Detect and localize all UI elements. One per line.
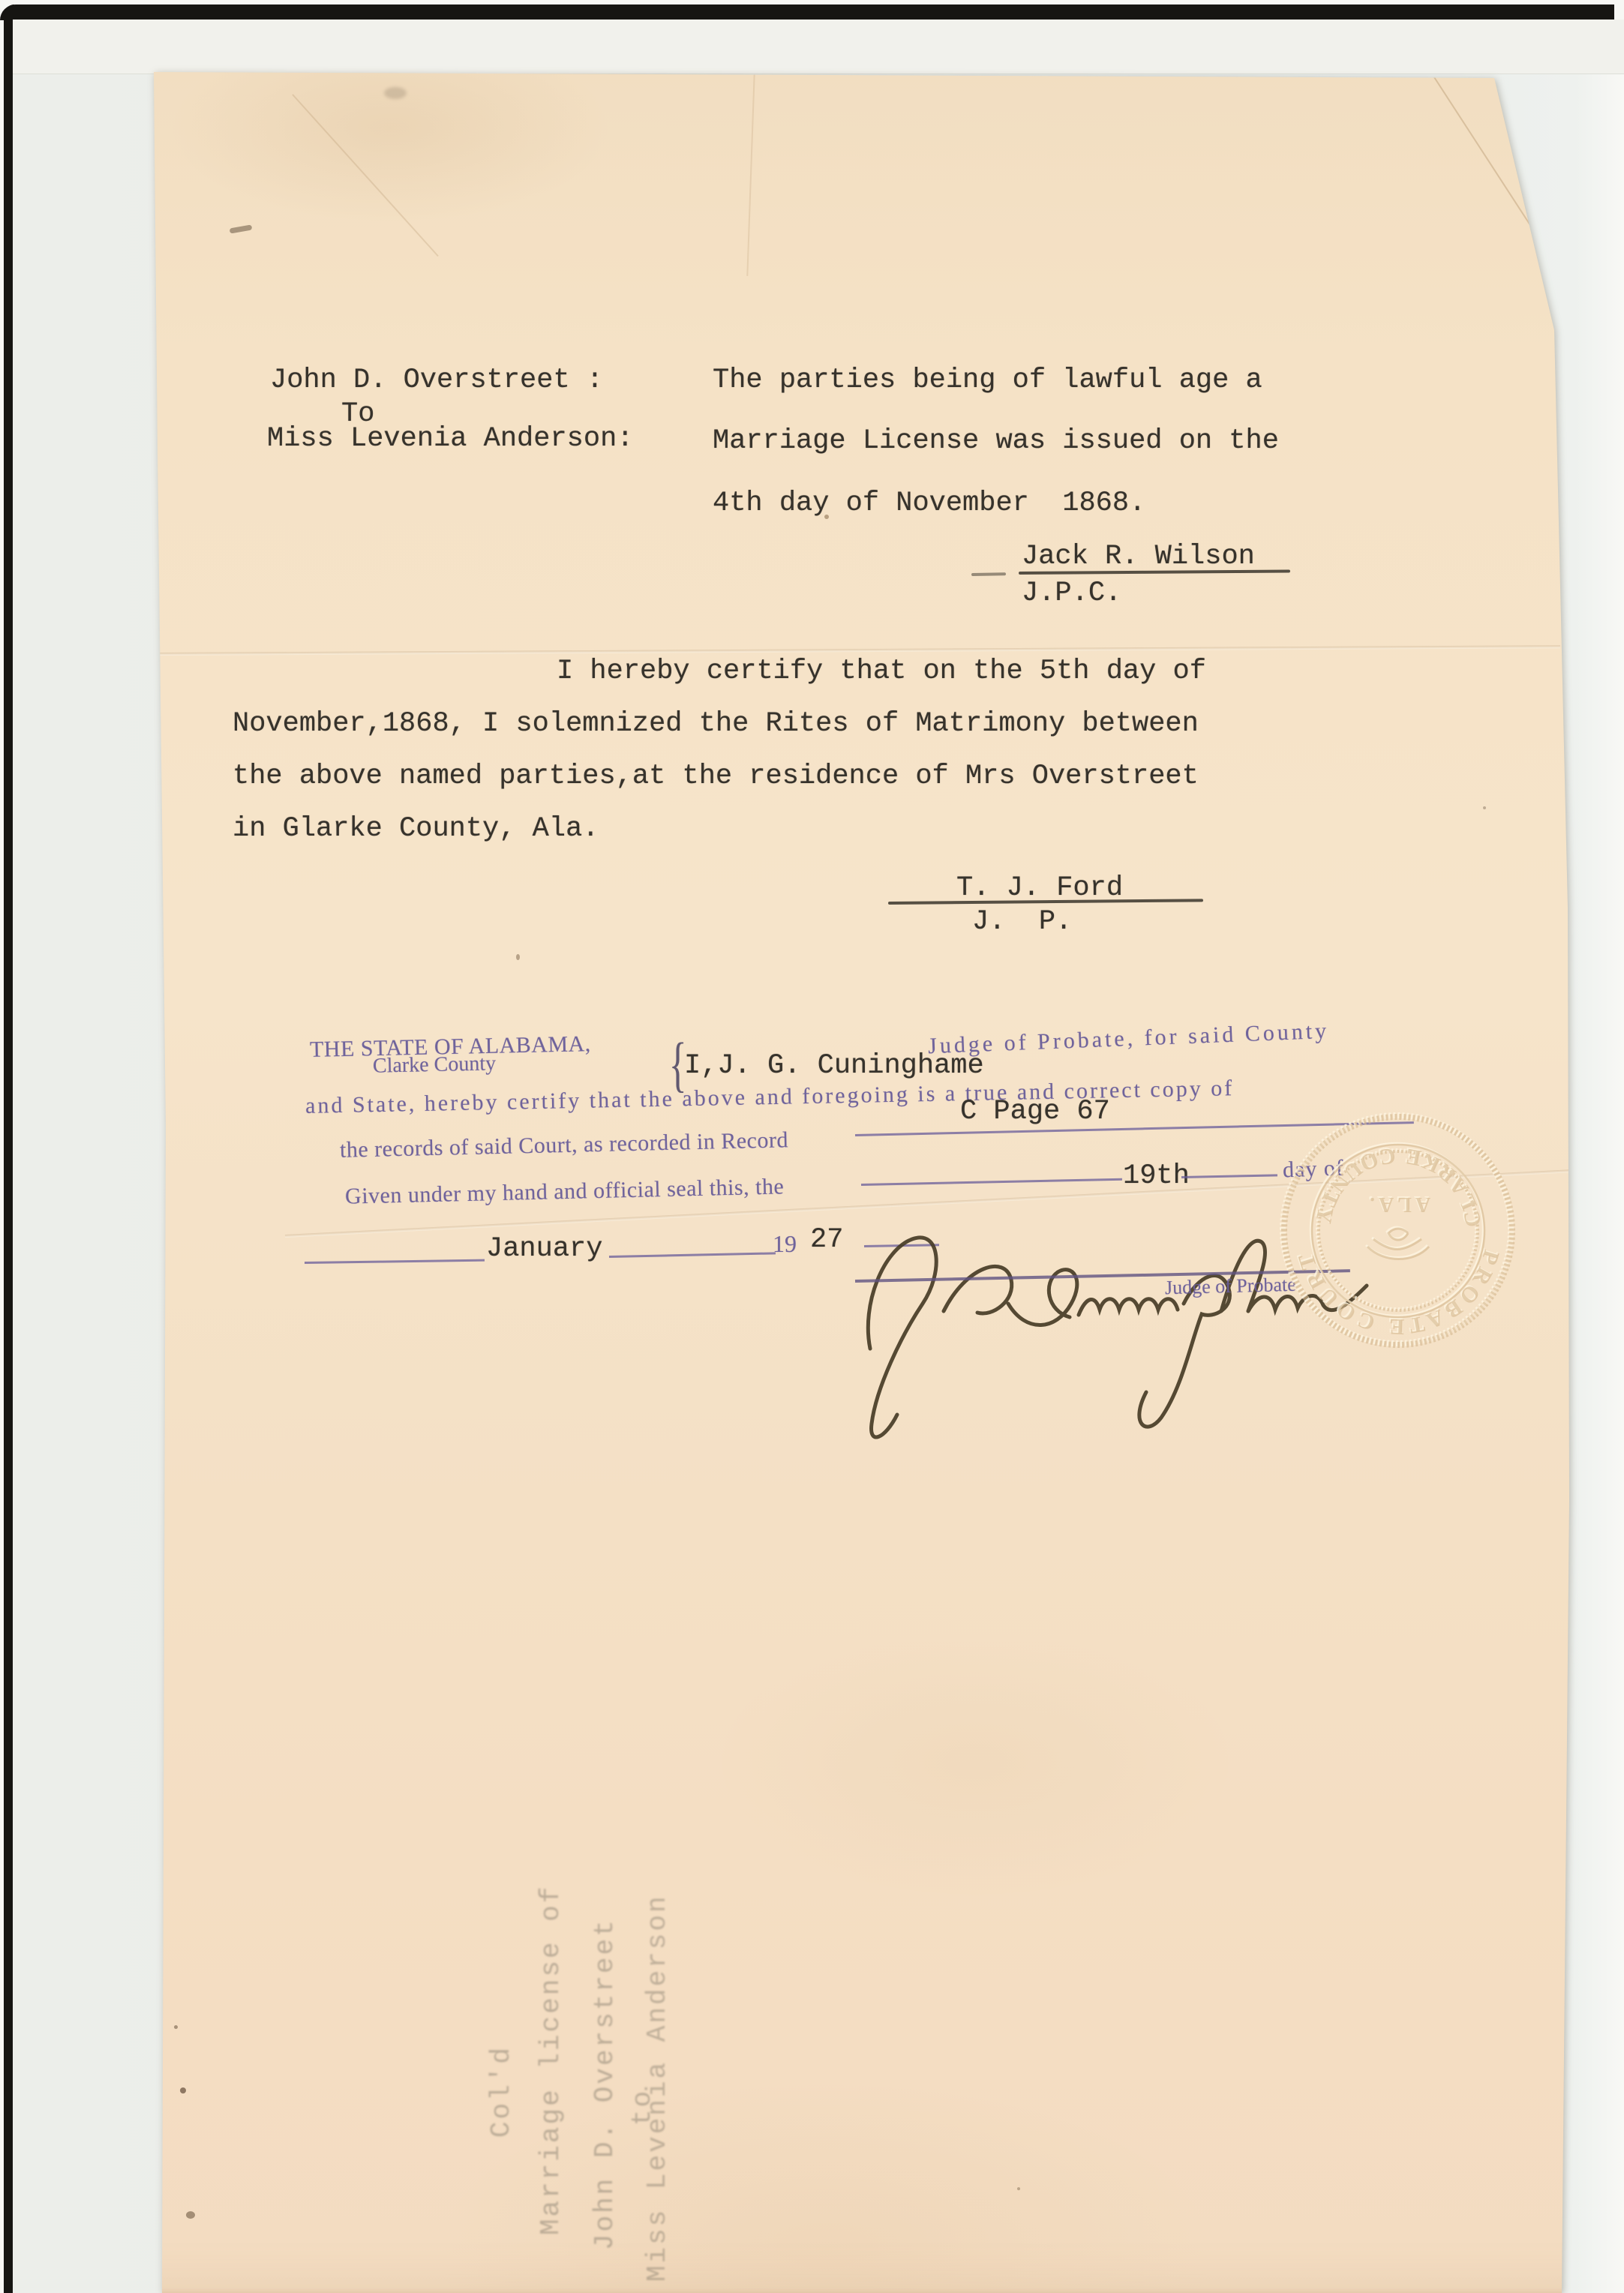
license-statement-line3: 4th day of November 1868. (713, 488, 1145, 519)
ink-dash-mark (230, 224, 253, 233)
stamp-body-line2: the records of said Court, as recorded i… (340, 1127, 789, 1163)
certify-line2: November,1868, I solemnized the Rites of… (233, 708, 1199, 740)
jp-title: J.P.C. (1022, 578, 1121, 609)
year-prefix: 19 (773, 1230, 797, 1258)
fold-crease-top (158, 645, 1560, 656)
license-statement-line1: The parties being of lawful age a (713, 365, 1262, 396)
embossed-probate-seal: PROBATE COURT CLARKE COUNTY ALA. (1277, 1110, 1519, 1352)
stamp-judge-line: Judge of Probate, for said County (928, 1019, 1330, 1060)
day-blank-line-right (1181, 1174, 1277, 1178)
foxing-spot-4 (186, 2211, 195, 2219)
month-value: January (486, 1233, 602, 1265)
bleed-cold-column: Col'd (486, 2033, 517, 2138)
groom-name-line: John D. Overstreet : (270, 365, 603, 396)
stamp-given-line: Given under my hand and official seal th… (345, 1174, 785, 1209)
day-value: 19th (1123, 1160, 1190, 1192)
foxing-spot-7 (1483, 806, 1486, 809)
foxing-spot-6 (1017, 2187, 1020, 2190)
bride-name-line: Miss Levenia Anderson: (267, 423, 633, 455)
jp-underline-dash (971, 572, 1006, 576)
certify-line3: the above named parties,at the residence… (233, 761, 1199, 792)
jp-name: Jack R. Wilson (1022, 541, 1255, 572)
bleed-to-column: to (627, 2058, 658, 2126)
document-page: John D. Overstreet : To Miss Levenia And… (0, 0, 1624, 2293)
license-statement-line2: Marriage License was issued on the (713, 425, 1279, 457)
corner-fold-top-right (1433, 77, 1547, 250)
month-blank-line-mid (609, 1252, 776, 1258)
foxing-spot-2 (516, 954, 520, 960)
month-blank-line-left (305, 1259, 485, 1264)
officiant-title: J. P. (972, 906, 1072, 938)
foxing-spot-3 (180, 2087, 186, 2093)
certify-line1: I hereby certify that on the 5th day of (557, 656, 1206, 687)
crease-top-left-diagonal (292, 94, 439, 257)
scanned-marriage-record: John D. Overstreet : To Miss Levenia And… (0, 0, 1624, 2293)
bleed-title-column: Marriage license of (536, 1913, 566, 2235)
stamp-county-line: Clarke County (373, 1052, 497, 1078)
foxing-spot-5 (174, 2025, 178, 2029)
day-blank-line-left (861, 1178, 1122, 1186)
certify-line4: in Glarke County, Ala. (233, 813, 599, 845)
crease-top-vertical (746, 74, 755, 276)
bleed-groom-column: John D. Overstreet (590, 1920, 620, 2250)
document-page-wrap: John D. Overstreet : To Miss Levenia And… (0, 0, 1624, 2293)
scuff-mark (384, 87, 407, 99)
record-value: C Page 67 (960, 1096, 1110, 1127)
stamp-signer-title: Judge of Probate (1165, 1274, 1296, 1300)
